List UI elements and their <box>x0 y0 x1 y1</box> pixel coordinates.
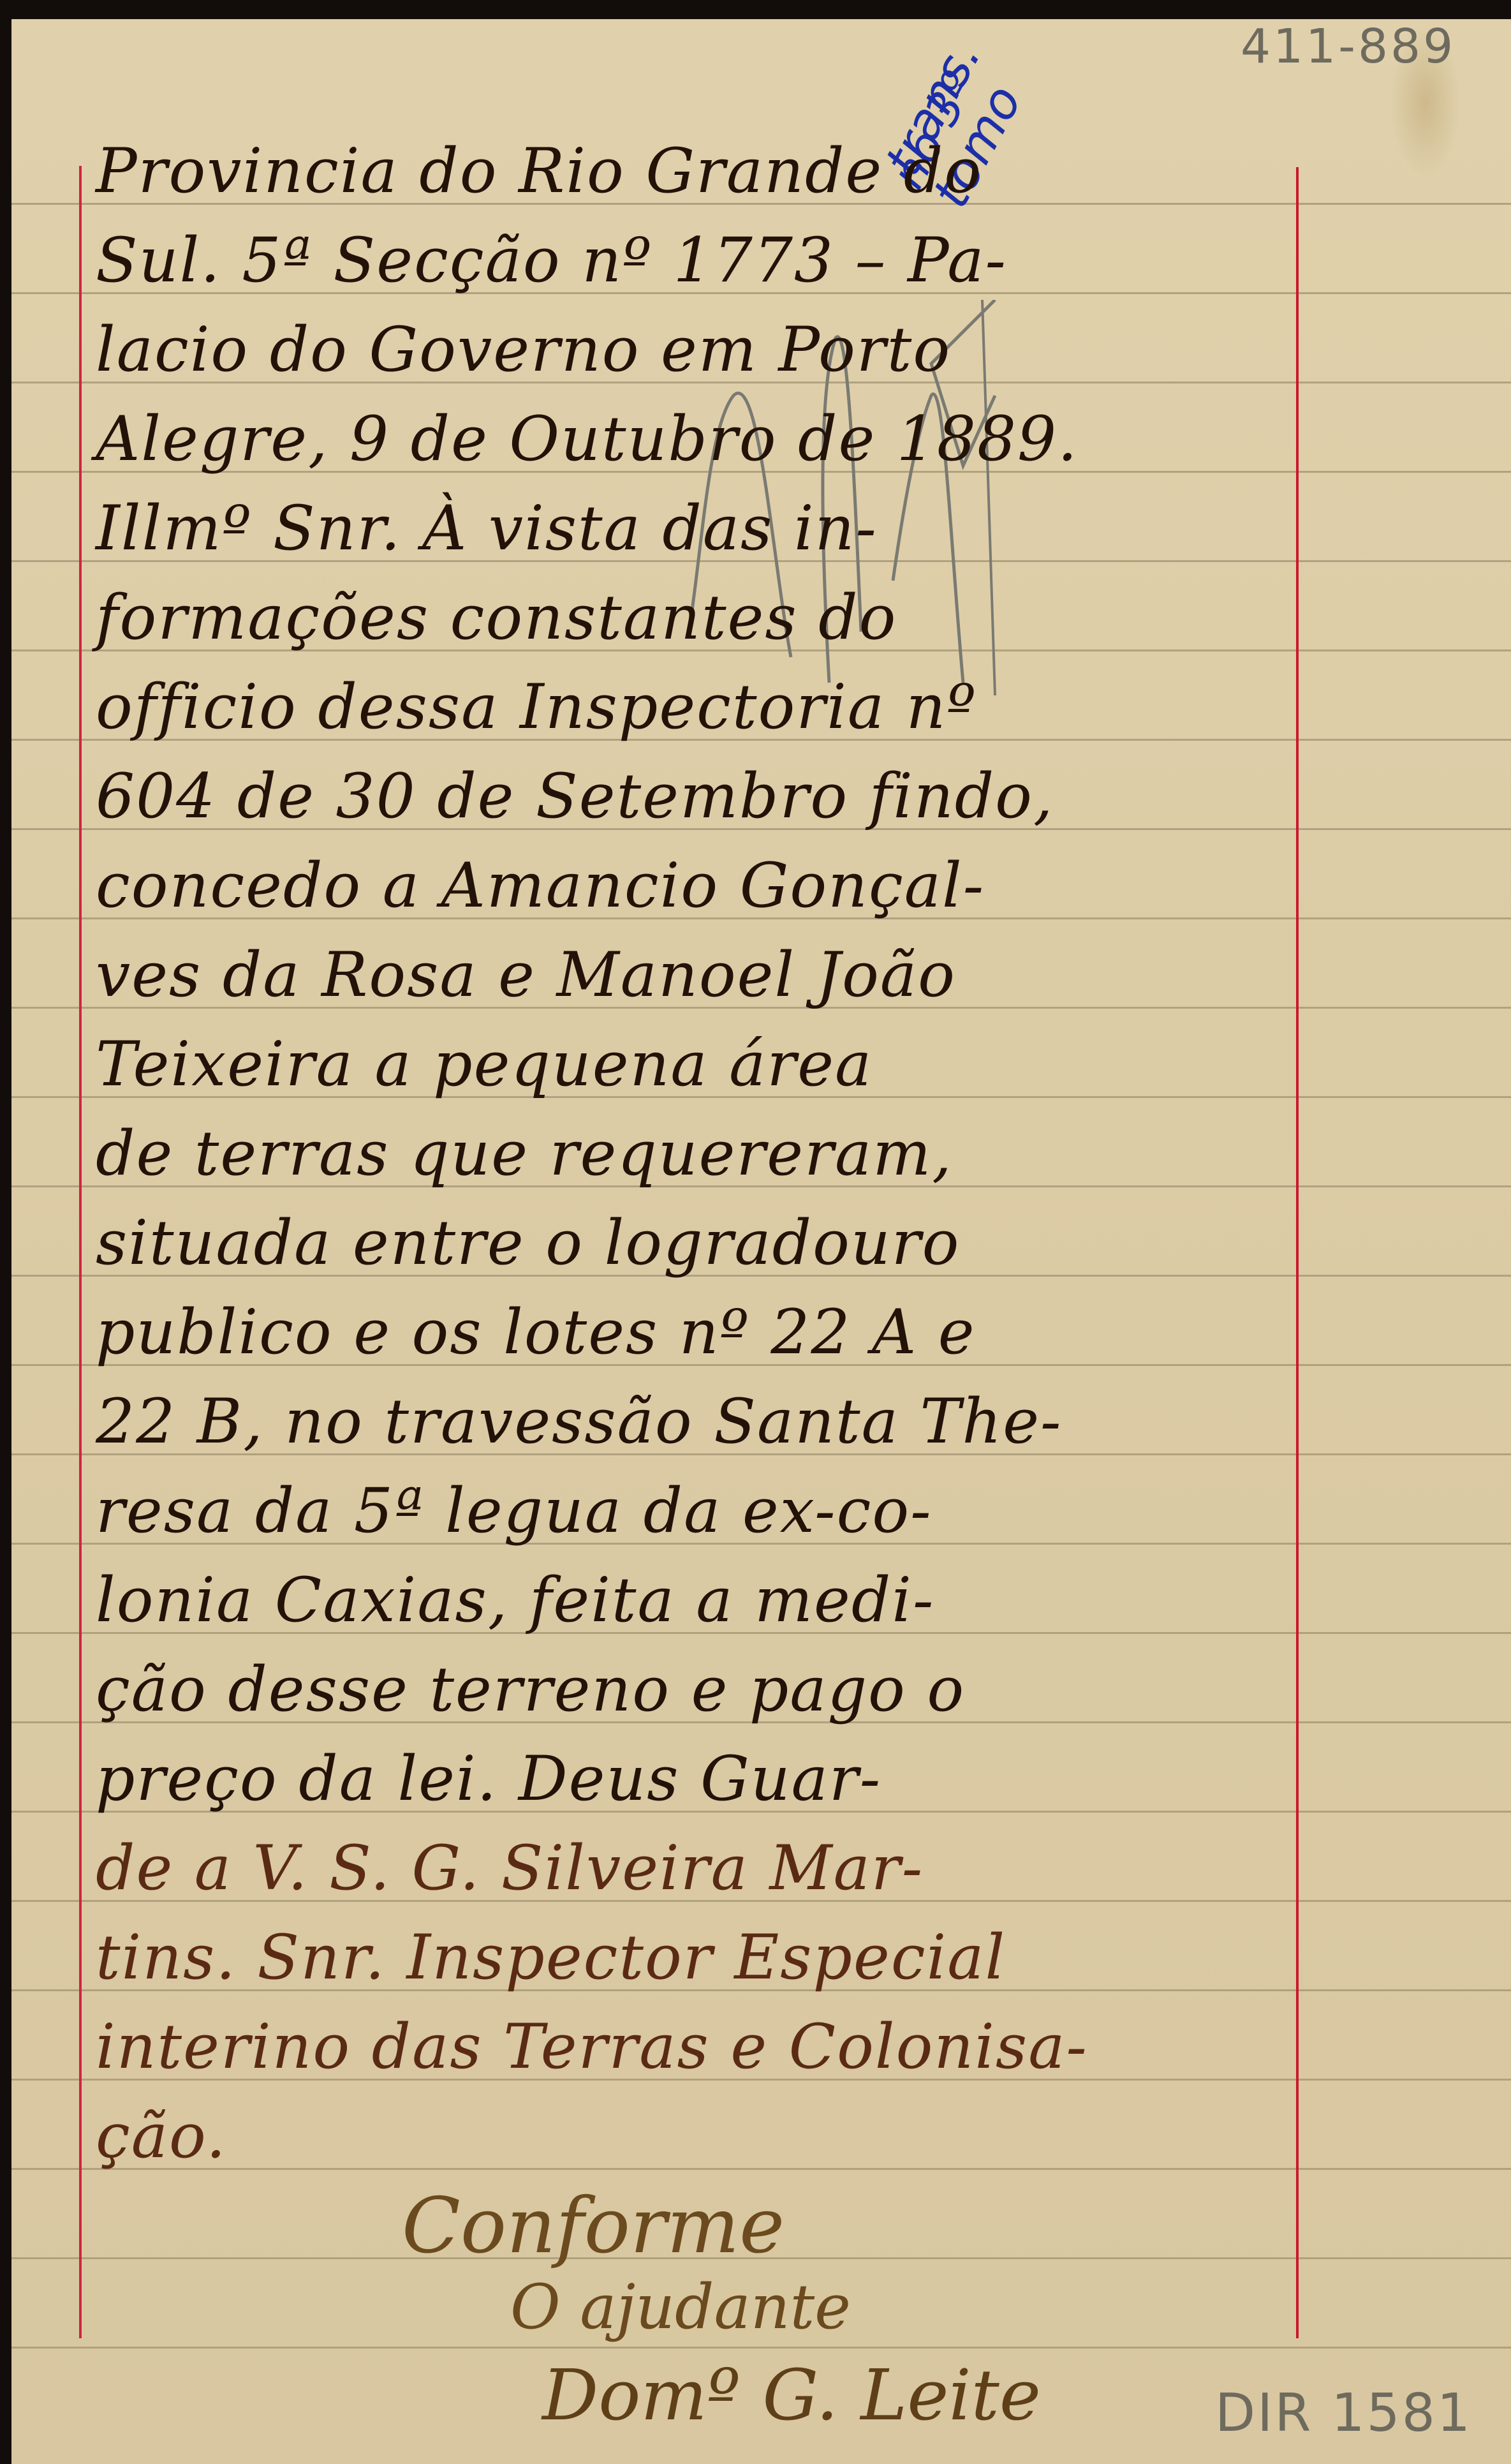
manuscript-line: ção. <box>96 2101 1295 2171</box>
manuscript-line: ves da Rosa e Manoel João <box>96 940 1295 1010</box>
manuscript-line: ção desse terreno e pago o <box>96 1654 1295 1725</box>
manuscript-line: tins. Snr. Inspector Especial <box>96 1922 1295 1993</box>
catalog-reference: DIR 1581 <box>1215 2383 1472 2444</box>
manuscript-line: preço da lei. Deus Guar- <box>96 1744 1295 1814</box>
manuscript-line: Teixeira a pequena área <box>96 1029 1295 1099</box>
left-margin-line <box>79 166 82 2338</box>
manuscript-line: de a V. S. G. Silveira Mar- <box>96 1833 1295 1903</box>
manuscript-line: resa da 5ª legua da ex-co- <box>96 1476 1295 1546</box>
manuscript-line: 604 de 30 de Setembro findo, <box>96 761 1295 831</box>
archive-number: 411-889 <box>1241 19 1456 74</box>
manuscript-line: officio dessa Inspectoria nº <box>96 672 1295 742</box>
manuscript-line: Illmº Snr. À vista das in- <box>96 493 1295 563</box>
manuscript-line: interino das Terras e Colonisa- <box>96 2012 1295 2082</box>
manuscript-line: de terras que requereram, <box>96 1118 1295 1189</box>
manuscript-line: publico e os lotes nº 22 A e <box>96 1297 1295 1367</box>
closing-title: O ajudante <box>510 2271 851 2343</box>
signature: Domº G. Leite <box>542 2354 1041 2436</box>
ruled-line <box>11 2347 1511 2349</box>
manuscript-line: lonia Caxias, feita a medi- <box>96 1565 1295 1635</box>
manuscript-line: Sul. 5ª Secção nº 1773 – Pa- <box>96 225 1295 295</box>
manuscript-line: lacio do Governo em Porto <box>96 315 1295 385</box>
manuscript-line: 22 B, no travessão Santa The- <box>96 1386 1295 1457</box>
manuscript-line: Provincia do Rio Grande do <box>96 136 1295 206</box>
scan-left-border <box>0 0 11 2464</box>
manuscript-line: situada entre o logradouro <box>96 1208 1295 1278</box>
right-margin-line <box>1296 167 1299 2338</box>
manuscript-line: concedo a Amancio Gonçal- <box>96 850 1295 921</box>
manuscript-line: Alegre, 9 de Outubro de 1889. <box>96 404 1295 474</box>
manuscript-line: formações constantes do <box>96 583 1295 653</box>
closing-conforme: Conforme <box>402 2182 785 2271</box>
